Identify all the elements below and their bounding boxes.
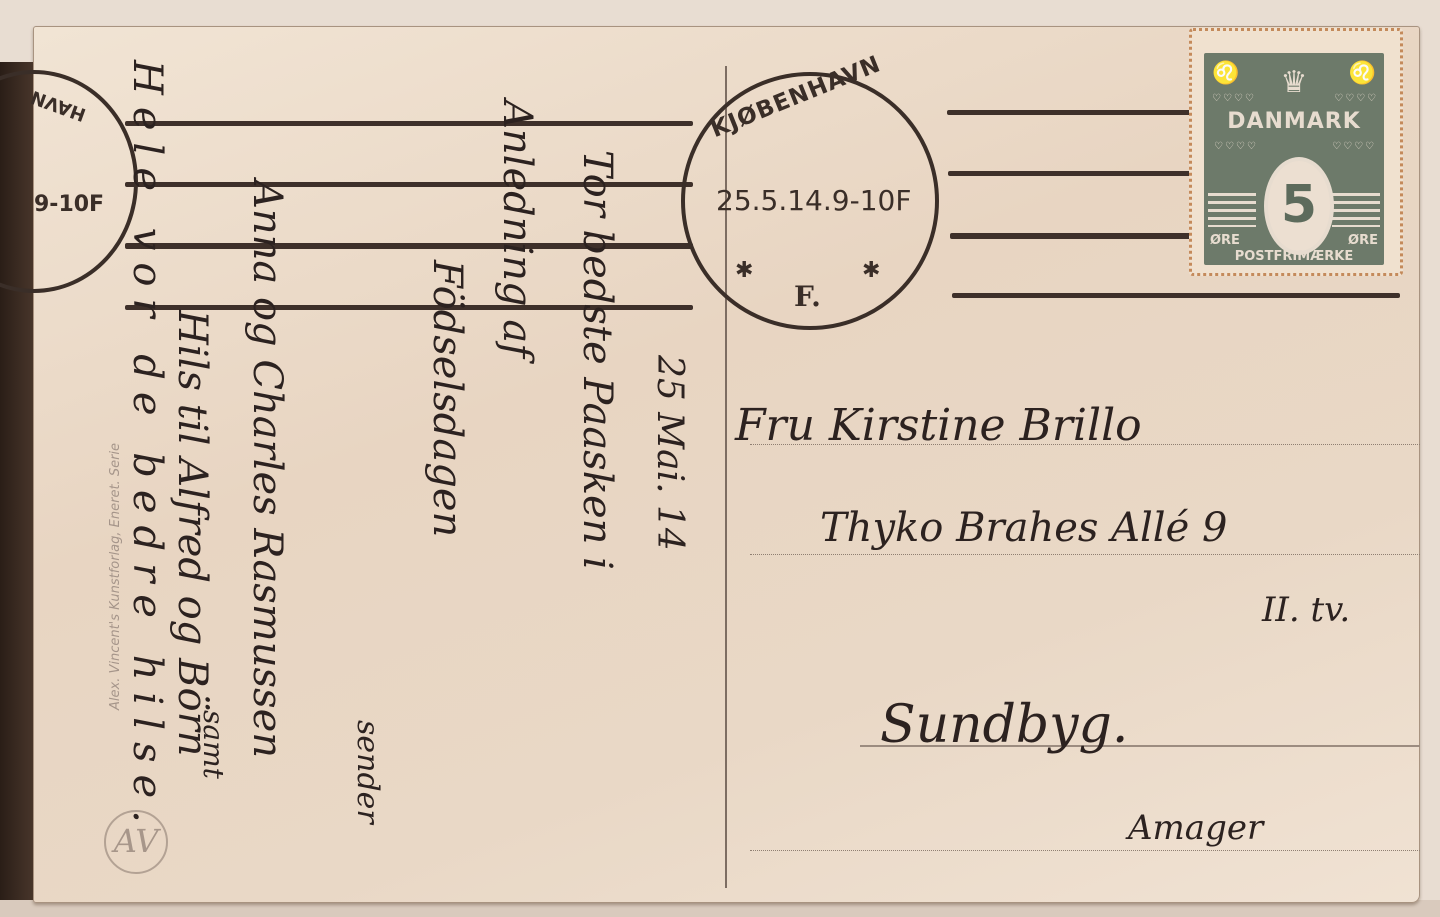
hearts-icon: ♡♡♡♡	[1212, 93, 1256, 104]
printer-credit: Alex. Vincent's Kunstforlag, Eneret. Ser…	[108, 443, 123, 710]
postmark-date: 25.5.14.9-10F	[716, 184, 911, 217]
postmark-office: F.	[794, 280, 821, 313]
message-line: Anledning af	[494, 100, 540, 358]
cancel-line	[947, 110, 1197, 115]
message-line: Anna og Charles Rasmussen	[244, 180, 290, 758]
address-recipient: Fru Kirstine Brillo	[735, 400, 1142, 451]
address-street: Thyko Brahes Allé 9	[820, 505, 1227, 551]
address-city: Sundbyg.	[880, 695, 1128, 755]
address-district: Amager	[1128, 808, 1263, 848]
hearts-icon: ♡♡♡♡	[1214, 141, 1258, 152]
address-line	[750, 850, 1420, 851]
publisher-logo-icon: AV	[104, 810, 168, 874]
address-floor: II. tv.	[1262, 590, 1350, 630]
stamp-footer: POSTFRIMÆRKE	[1204, 249, 1384, 264]
stamp-unit-left: ØRE	[1210, 233, 1240, 248]
postage-stamp: ♌ ♌ ♛ ♡♡♡♡ ♡♡♡♡ DANMARK ♡♡♡♡ ♡♡♡♡ 5 ØRE …	[1189, 28, 1403, 276]
message-line: Hils til Alfred og Börn	[169, 310, 215, 756]
star-icon: ✱	[862, 258, 880, 283]
waves-icon	[1332, 193, 1380, 227]
cancel-line	[125, 121, 693, 126]
message-line: Tor bedste Paasken i	[574, 150, 620, 570]
stamp-value: 5	[1268, 175, 1330, 235]
message-line: sender	[350, 720, 385, 824]
hearts-icon: ♡♡♡♡	[1332, 141, 1376, 152]
waves-icon	[1208, 193, 1256, 227]
cancel-line	[950, 233, 1200, 239]
stamp-country: DANMARK	[1204, 109, 1384, 134]
hearts-icon: ♡♡♡♡	[1334, 93, 1378, 104]
message-line: Födselsdagen	[424, 260, 470, 537]
cancel-line	[948, 171, 1198, 176]
cancel-line	[952, 293, 1400, 298]
postmark-left-date: 9-10F	[34, 192, 104, 217]
value-oval: 5	[1264, 157, 1334, 255]
address-line	[750, 554, 1420, 555]
message-line: Hele vor de bedre hilse.	[124, 60, 170, 835]
star-icon: ✱	[735, 258, 753, 283]
message-date: 25 Mai. 14	[649, 355, 690, 551]
stamp-unit-right: ØRE	[1348, 233, 1378, 248]
